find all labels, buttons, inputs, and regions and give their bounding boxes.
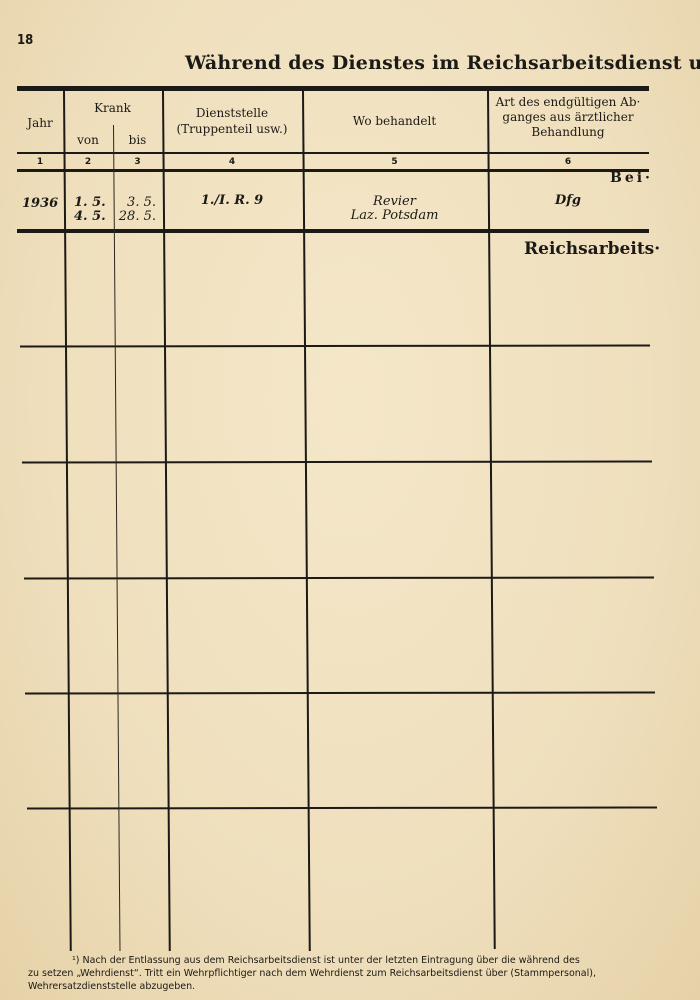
cell-jahr: 1936 xyxy=(22,196,62,211)
header-dienststelle-line1: Dienststelle xyxy=(162,106,302,121)
cell-wo-behandelt-2: Laz. Potsdam xyxy=(302,208,487,223)
header-jahr: Jahr xyxy=(17,116,63,131)
col-number-5: 5 xyxy=(302,157,487,167)
header-krank: Krank xyxy=(63,101,162,116)
cell-bis-2: 28. 5. xyxy=(114,209,156,224)
col-number-2: 2 xyxy=(63,157,113,167)
col-number-6: 6 xyxy=(487,157,649,167)
cell-bis-1: 3. 5. xyxy=(114,195,156,210)
row-rule-3 xyxy=(24,576,654,579)
col-divider-1 xyxy=(63,91,72,951)
cell-von-1: 1. 5. xyxy=(74,195,114,210)
col-number-4: 4 xyxy=(162,157,302,167)
row-rule-5 xyxy=(27,806,657,809)
page-number: 18 xyxy=(17,33,33,48)
numbers-bottom-rule xyxy=(17,169,649,172)
header-bis: bis xyxy=(113,133,162,148)
header-von: von xyxy=(63,133,113,148)
footnote-line-2: zu setzen „Wehrdienst“. Tritt ein Wehrpf… xyxy=(28,967,596,980)
header-wo-behandelt: Wo behandelt xyxy=(302,114,487,129)
table-top-rule xyxy=(17,86,649,91)
footnote-line-3: Wehrersatzdienststelle abzugeben. xyxy=(28,980,195,993)
page-title: Während des Dienstes im Reichsarbeitsdie… xyxy=(185,52,700,74)
header-art-line3: Behandlung xyxy=(487,125,649,140)
header-dienststelle-line2: (Truppenteil usw.) xyxy=(162,122,302,137)
cell-wo-behandelt-1: Revier xyxy=(302,194,487,209)
col-divider-2 xyxy=(113,125,120,951)
col-number-3: 3 xyxy=(113,157,162,167)
cell-dienststelle: 1./I. R. 9 xyxy=(162,193,302,208)
col-divider-5 xyxy=(487,91,496,949)
cell-von-2: 4. 5. xyxy=(74,209,114,224)
footnote-line-1: ¹) Nach der Entlassung aus dem Reichsarb… xyxy=(72,954,580,967)
continuation-reichsarbeits: Reichsarbeits· xyxy=(524,239,660,259)
continuation-bei: Bei· xyxy=(610,170,653,186)
header-bottom-rule xyxy=(17,152,649,154)
header-art-line1: Art des endgültigen Ab· xyxy=(487,95,649,110)
data-row-bottom-rule xyxy=(17,229,649,233)
col-divider-3 xyxy=(162,91,171,951)
cell-art: Dfg xyxy=(487,193,649,208)
row-rule-4 xyxy=(25,691,655,694)
col-number-1: 1 xyxy=(17,157,63,167)
header-art-line2: ganges aus ärztlicher xyxy=(487,110,649,125)
